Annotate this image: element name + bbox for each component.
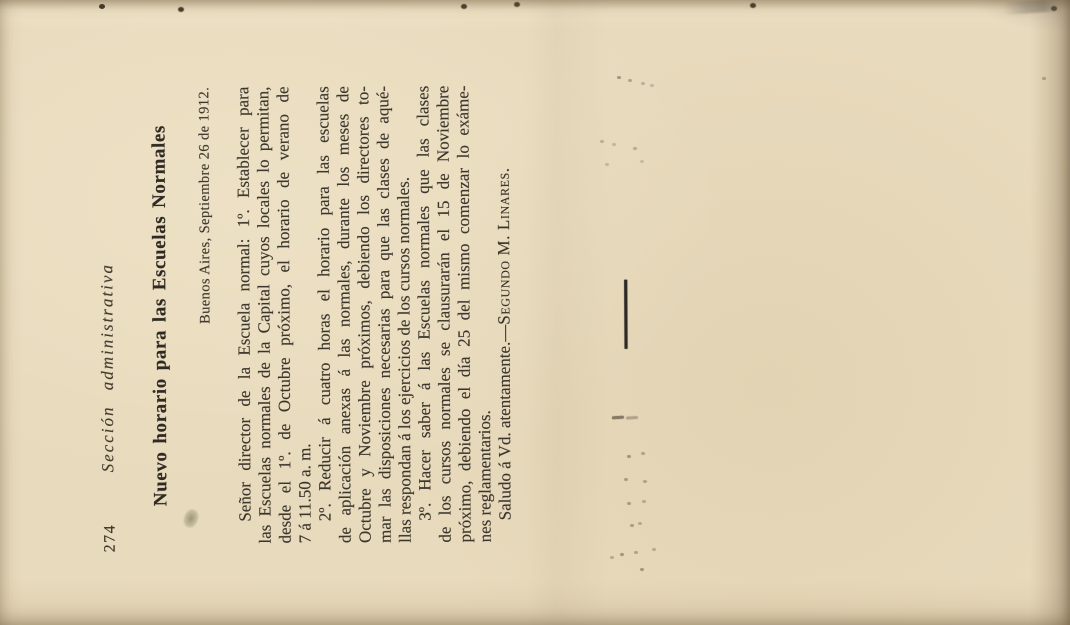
page-sheet: 274 Sección administrativa Nuevo horario… — [0, 0, 1070, 625]
body-line: mar las disposiciones necesarias para qu… — [373, 86, 395, 543]
page-number: 274 — [101, 524, 119, 553]
running-head: 274 Sección administrativa — [96, 87, 124, 552]
body-line: desde el 1º. de Octubre próximo, el hora… — [273, 86, 295, 543]
body-line: Señor director de la Escuela normal: 1º.… — [233, 87, 255, 544]
running-header: Sección administrativa — [97, 263, 118, 472]
signature-name: Segundo M. Linares. — [494, 167, 514, 324]
signature-prefix: Saludo á Vd. atentamente.— — [494, 325, 514, 521]
article-title: Nuevo horario para las Escuelas Normales — [148, 87, 172, 544]
body-line: Octubre y Noviembre próximos, debiendo l… — [353, 86, 375, 543]
body-line: 3º. Hacer saber á las Escuelas normales … — [413, 86, 435, 543]
body-line: de los cursos normales se clausurarán el… — [433, 86, 455, 543]
body-line: llas respondan á los ejercicios de los c… — [393, 86, 415, 543]
body-line: de aplicación anexas á las normales, dur… — [333, 86, 355, 543]
body-line: próximo, debiendo el día 25 del mismo co… — [453, 86, 475, 543]
scanned-book-page: 274 Sección administrativa Nuevo horario… — [0, 0, 1070, 625]
signature-line: Saludo á Vd. atentamente.—Segundo M. Lin… — [493, 85, 515, 542]
body-line: las Escuelas normales de la Capital cuyo… — [253, 87, 275, 544]
paragraph: 3º. Hacer saber á las Escuelas normales … — [413, 85, 495, 542]
body-line: 2º. Reducir á cuatro horas el horario pa… — [313, 86, 335, 543]
body-line: nes reglamentarios. — [473, 85, 495, 542]
dateline: Buenos Aires, Septiembre 26 de 1912. — [196, 87, 215, 544]
body-paragraphs: Señor director de la Escuela normal: 1º.… — [233, 85, 495, 543]
paragraph: 2º. Reducir á cuatro horas el horario pa… — [313, 86, 415, 544]
paragraph: Señor director de la Escuela normal: 1º.… — [233, 86, 315, 543]
section-divider — [624, 280, 627, 349]
body-line: 7 á 11.50 a. m. — [293, 86, 315, 543]
